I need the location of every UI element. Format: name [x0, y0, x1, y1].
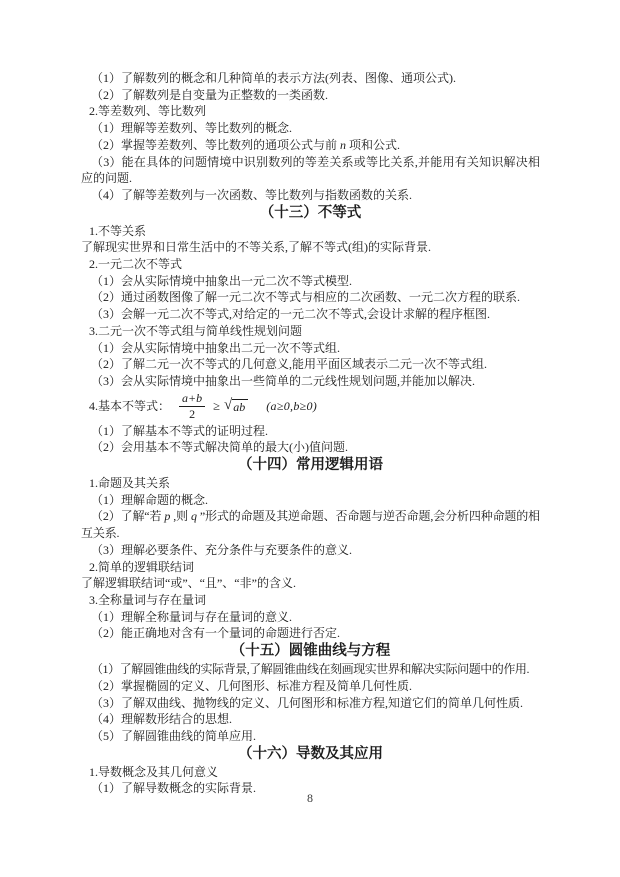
seq-item-4-text: （2）掌握等差数列、等比数列的通项公式与前: [91, 138, 337, 152]
deriv-subheading-1: 1.导数概念及其几何意义: [81, 764, 540, 781]
logic-item-5: （2）能正确地对含有一个量词的命题进行否定.: [81, 625, 540, 642]
fraction-numerator: a+b: [179, 392, 205, 407]
math-var-q: q: [191, 509, 197, 523]
basic-inequality-formula: 4.基本不等式： a+b 2 ≥ √ab (a≥0,b≥0): [81, 391, 540, 422]
seq-item-4: （2）掌握等差数列、等比数列的通项公式与前n项和公式.: [81, 137, 540, 154]
seq-item-2: （2）了解数列是自变量为正整数的一类函数.: [81, 87, 540, 104]
ineq-subheading-2: 2.一元二次不等式: [81, 256, 540, 273]
conic-item-4: （4）理解数形结合的思想.: [81, 711, 540, 728]
conic-item-3: （3）了解双曲线、抛物线的定义、几何图形和标准方程,知道它们的简单几何性质.: [81, 695, 540, 712]
ineq-item-1: （1）会从实际情境中抽象出一元二次不等式模型.: [81, 273, 540, 290]
ineq-item-8: （2）会用基本不等式解决简单的最大(小)值问题.: [81, 439, 540, 456]
ineq-subheading-3: 3.二元一次不等式组与简单线性规划问题: [81, 323, 540, 340]
ineq-item-5: （2）了解二元一次不等式的几何意义,能用平面区域表示二元一次不等式组.: [81, 356, 540, 373]
section-title-16-derivatives: （十六）导数及其应用: [81, 746, 540, 763]
ineq-item-6: （3）会从实际情境中抽象出一些简单的二元线性规划问题,并能加以解决.: [81, 373, 540, 390]
section-title-13-inequalities: （十三）不等式: [81, 205, 540, 222]
seq-item-4-text-end: 项和公式.: [349, 138, 400, 152]
fraction: a+b 2: [179, 392, 205, 421]
ineq-item-3: （3）会解一元二次不等式,对给定的一元二次不等式,会设计求解的程序框图.: [81, 306, 540, 323]
radical-icon: √: [224, 398, 232, 413]
logic-paragraph-2: 了解逻辑联结词“或”、“且”、“非”的含义.: [81, 575, 540, 592]
seq-subheading-arith-geom: 2.等差数列、等比数列: [81, 103, 540, 120]
formula-condition: (a≥0,b≥0): [266, 398, 317, 415]
conic-item-1: （1）了解圆锥曲线的实际背景,了解圆锥曲线在刻画现实世界和解决实际问题中的作用.: [81, 661, 540, 678]
document-page: （1）了解数列的概念和几种简单的表示方法(列表、图像、通项公式). （2）了解数…: [0, 0, 620, 877]
seq-item-1: （1）了解数列的概念和几种简单的表示方法(列表、图像、通项公式).: [81, 70, 540, 87]
radicand: ab: [232, 399, 248, 414]
logic-subheading-3: 3.全称量词与存在量词: [81, 592, 540, 609]
fraction-denominator: 2: [189, 407, 195, 421]
logic-item-1: （1）理解命题的概念.: [81, 492, 540, 509]
seq-item-6: （4）了解等差数列与一次函数、等比数列与指数函数的关系.: [81, 187, 540, 204]
ineq-item-2: （2）通过函数图像了解一元二次不等式与相应的二次函数、一元二次方程的联系.: [81, 289, 540, 306]
logic-item-2-text-mid: ,则: [173, 509, 188, 523]
page-number: 8: [0, 791, 620, 806]
logic-subheading-2: 2.简单的逻辑联结词: [81, 559, 540, 576]
ineq-subheading-1: 1.不等关系: [81, 223, 540, 240]
logic-item-3: （3）理解必要条件、充分条件与充要条件的意义.: [81, 542, 540, 559]
seq-item-3: （1）理解等差数列、等比数列的概念.: [81, 120, 540, 137]
ineq-item-4: （1）会从实际情境中抽象出二元一次不等式组.: [81, 340, 540, 357]
square-root: √ab: [224, 398, 248, 414]
ineq-paragraph-1: 了解现实世界和日常生活中的不等关系,了解不等式(组)的实际背景.: [81, 239, 540, 256]
section-title-14-logic: （十四）常用逻辑用语: [81, 457, 540, 474]
logic-subheading-1: 1.命题及其关系: [81, 475, 540, 492]
ineq-item-7: （1）了解基本不等式的证明过程.: [81, 423, 540, 440]
seq-item-5: （3）能在具体的问题情境中识别数列的等差关系或等比关系,并能用有关知识解决相应的…: [81, 154, 540, 187]
logic-item-2: （2）了解“若p,则q”形式的命题及其逆命题、否命题与逆否命题,会分析四种命题的…: [81, 508, 540, 541]
formula-label: 4.基本不等式：: [89, 398, 170, 415]
conic-item-5: （5）了解圆锥曲线的简单应用.: [81, 728, 540, 745]
math-var-p: p: [164, 509, 170, 523]
document-text-block: （1）了解数列的概念和几种简单的表示方法(列表、图像、通项公式). （2）了解数…: [81, 70, 540, 797]
conic-item-2: （2）掌握椭圆的定义、几何图形、标准方程及简单几何性质.: [81, 678, 540, 695]
greater-equal-symbol: ≥: [213, 398, 220, 415]
logic-item-4: （1）理解全称量词与存在量词的意义.: [81, 609, 540, 626]
math-var-n: n: [340, 138, 346, 152]
logic-item-2-text: （2）了解“若: [91, 509, 161, 523]
section-title-15-conics: （十五）圆锥曲线与方程: [81, 643, 540, 660]
